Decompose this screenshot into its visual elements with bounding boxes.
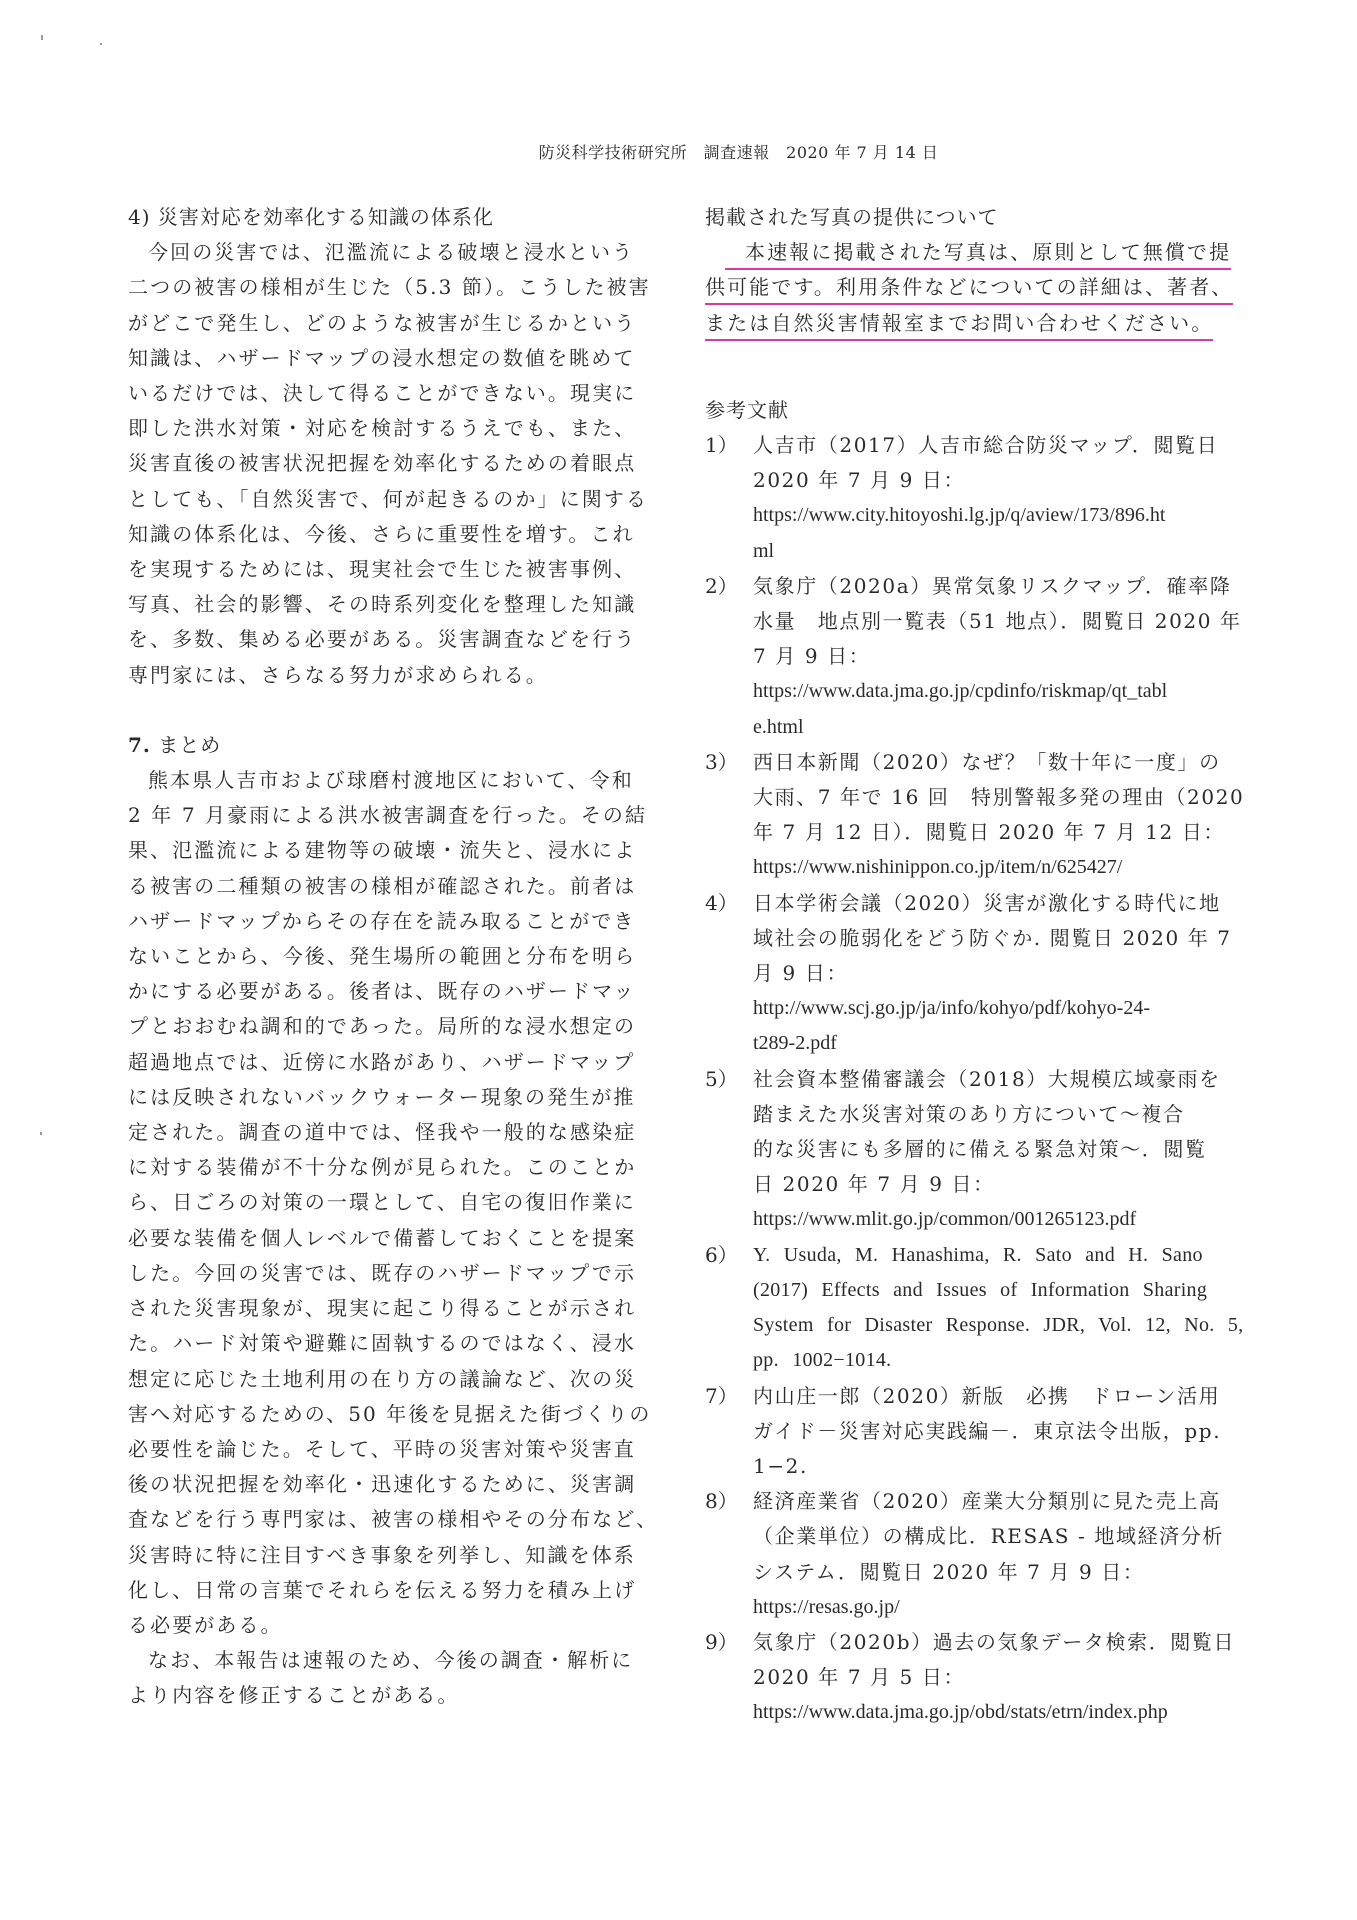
text-line: 熊本県人吉市および球磨村渡地区において、令和 (128, 763, 643, 798)
photo-notice-paragraph: 本速報に掲載された写真は、原則として無償で提 供可能です。利用条件などについての… (705, 235, 1227, 341)
reference-number: 9） (705, 1625, 753, 1731)
photo-notice-heading: 掲載された写真の提供について (705, 200, 1227, 235)
text-line: 即した洪水対策・対応を検討するうえでも、また、 (128, 411, 643, 446)
reference-line: 内山庄一郎（2020）新版 必携 ドローン活用 (753, 1379, 1227, 1414)
reference-url[interactable]: https://www.nishinippon.co.jp/item/n/625… (753, 850, 1244, 885)
reference-line: 日 2020 年 7 月 9 日： (753, 1167, 1227, 1202)
text-line: としても、「自然災害で、何が起きるのか」に関する (128, 482, 643, 517)
reference-item: 6） Y. Usuda, M. Hanashima, R. Sato and H… (705, 1238, 1227, 1379)
reference-number: 4） (705, 886, 753, 1062)
text-line: 専門家には、さらなる努力が求められる。 (128, 658, 643, 693)
reference-line: ガイド－災害対応実践編－．東京法令出版，pp. (753, 1414, 1227, 1449)
text-line: を実現するためには、現実社会で生じた被害事例、 (128, 552, 643, 587)
reference-number: 2） (705, 569, 753, 745)
text-line: 今回の災害では、氾濫流による破壊と浸水という (128, 235, 643, 270)
text-line: プとおおむね調和的であった。局所的な浸水想定の (128, 1009, 643, 1044)
text-line: かにする必要がある。後者は、既存のハザードマッ (128, 974, 643, 1009)
text-line: に対する装備が不十分な例が見られた。このことか (128, 1150, 643, 1185)
reference-line: 1−2. (753, 1449, 1227, 1484)
reference-number: 5） (705, 1062, 753, 1238)
text-line: 災害直後の被害状況把握を効率化するための着眼点 (128, 446, 643, 481)
pink-underline: または自然災害情報室までお問い合わせください。 (705, 307, 1213, 341)
text-line: した。今回の災害では、既存のハザードマップで示 (128, 1256, 643, 1291)
text-line: 知識の体系化は、今後、さらに重要性を増す。これ (128, 517, 643, 552)
reference-line: 西日本新聞（2020）なぜ？「数十年に一度」の (753, 745, 1244, 780)
text-line: を、多数、集める必要がある。災害調査などを行う (128, 622, 643, 657)
reference-line: システム．閲覧日 2020 年 7 月 9 日： (753, 1555, 1227, 1590)
reference-line: 気象庁（2020b）過去の気象データ検索．閲覧日 (753, 1625, 1235, 1660)
text-line: 写真、社会的影響、その時系列変化を整理した知識 (128, 587, 643, 622)
reference-item: 1） 人吉市（2017）人吉市総合防災マップ．閲覧日 2020 年 7 月 9 … (705, 428, 1227, 569)
text-line: 果、氾濫流による建物等の破壊・流失と、浸水によ (128, 833, 643, 868)
text-line: された災害現象が、現実に起こり得ることが示され (128, 1291, 643, 1326)
reference-item: 3） 西日本新聞（2020）なぜ？「数十年に一度」の 大雨、7 年で 16 回 … (705, 745, 1227, 886)
reference-line: 人吉市（2017）人吉市総合防災マップ．閲覧日 (753, 428, 1227, 463)
right-column: 掲載された写真の提供について 本速報に掲載された写真は、原則として無償で提 供可… (705, 200, 1227, 1731)
reference-line: 7 月 9 日： (753, 639, 1242, 674)
reference-line: 2020 年 7 月 5 日： (753, 1660, 1235, 1695)
reference-url[interactable]: e.html (753, 710, 1242, 745)
text-line: ら、日ごろの対策の一環として、自宅の復旧作業に (128, 1185, 643, 1220)
references-heading: 参考文献 (705, 393, 1227, 428)
reference-url[interactable]: https://www.data.jma.go.jp/obd/stats/etr… (753, 1695, 1235, 1730)
reference-number: 6） (705, 1238, 753, 1379)
text-line: 害へ対応するための、50 年後を見据えた街づくりの (128, 1397, 643, 1432)
text-line: 災害時に特に注目すべき事象を列挙し、知識を体系 (128, 1538, 643, 1573)
section-7-heading: 7. まとめ (128, 728, 643, 763)
reference-line: 気象庁（2020a）異常気象リスクマップ．確率降 (753, 569, 1242, 604)
reference-number: 8） (705, 1484, 753, 1625)
reference-url[interactable]: t289-2.pdf (753, 1026, 1232, 1061)
text-line: より内容を修正することがある。 (128, 1678, 643, 1713)
pink-underline: 供可能です。利用条件などについての詳細は、著者、 (705, 271, 1233, 305)
reference-line: 的な災害にも多層的に備える緊急対策～．閲覧 (753, 1132, 1227, 1167)
text-line: いるだけでは、決して得ることができない。現実に (128, 376, 643, 411)
text-line: 2 年 7 月豪雨による洪水被害調査を行った。その結 (128, 798, 643, 833)
references-list: 1） 人吉市（2017）人吉市総合防災マップ．閲覧日 2020 年 7 月 9 … (705, 428, 1227, 1731)
section-7-paragraph-2: なお、本報告は速報のため、今後の調査・解析に より内容を修正することがある。 (128, 1643, 643, 1713)
reference-number: 1） (705, 428, 753, 569)
reference-line: 年 7 月 12 日）．閲覧日 2020 年 7 月 12 日： (753, 815, 1244, 850)
reference-line: 月 9 日： (753, 956, 1232, 991)
reference-line: 域社会の脆弱化をどう防ぐか. 閲覧日 2020 年 7 (753, 921, 1232, 956)
reference-line: (2017) Effects and Issues of Information… (753, 1273, 1243, 1308)
section-7-number: 7. (128, 733, 151, 757)
reference-line: 大雨、7 年で 16 回 特別警報多発の理由（2020 (753, 780, 1244, 815)
text-line: る必要がある。 (128, 1608, 643, 1643)
reference-number: 3） (705, 745, 753, 886)
text-line: 想定に応じた土地利用の在り方の議論など、次の災 (128, 1362, 643, 1397)
reference-line: 水量 地点別一覧表（51 地点）．閲覧日 2020 年 (753, 604, 1242, 639)
text-line: 二つの被害の様相が生じた（5.3 節）。こうした被害 (128, 270, 643, 305)
reference-line: 踏まえた水災害対策のあり方について～複合 (753, 1097, 1227, 1132)
reference-item: 8） 経済産業省（2020）産業大分類別に見た売上高 （企業単位）の構成比．RE… (705, 1484, 1227, 1625)
text-line: には反映されないバックウォーター現象の発生が推 (128, 1080, 643, 1115)
text-line: 化し、日常の言葉でそれらを伝える努力を積み上げ (128, 1573, 643, 1608)
highlighted-line: 供可能です。利用条件などについての詳細は、著者、 (705, 270, 1227, 305)
highlighted-line: または自然災害情報室までお問い合わせください。 (705, 306, 1227, 341)
text-line: 必要性を論じた。そして、平時の災害対策や災害直 (128, 1432, 643, 1467)
text-line: 査などを行う専門家は、被害の様相やその分布など、 (128, 1502, 643, 1537)
text-line: 定された。調査の道中では、怪我や一般的な感染症 (128, 1115, 643, 1150)
reference-url[interactable]: ml (753, 534, 1227, 569)
text-line: 超過地点では、近傍に水路があり、ハザードマップ (128, 1045, 643, 1080)
scan-speck (40, 1132, 42, 1135)
reference-line: pp. 1002−1014. (753, 1343, 1243, 1378)
reference-item: 5） 社会資本整備審議会（2018）大規模広域豪雨を 踏まえた水災害対策のあり方… (705, 1062, 1227, 1238)
reference-line: System for Disaster Response. JDR, Vol. … (753, 1308, 1243, 1343)
text-line: ないことから、今後、発生場所の範囲と分布を明ら (128, 939, 643, 974)
reference-line: 経済産業省（2020）産業大分類別に見た売上高 (753, 1484, 1227, 1519)
section-7-paragraph-1: 熊本県人吉市および球磨村渡地区において、令和 2 年 7 月豪雨による洪水被害調… (128, 763, 643, 1643)
reference-item: 2） 気象庁（2020a）異常気象リスクマップ．確率降 水量 地点別一覧表（51… (705, 569, 1227, 745)
text-line: がどこで発生し、どのような被害が生じるかという (128, 306, 643, 341)
reference-item: 9） 気象庁（2020b）過去の気象データ検索．閲覧日 2020 年 7 月 5… (705, 1625, 1227, 1731)
page-header: 防災科学技術研究所 調査速報 2020 年 7 月 14 日 (0, 140, 1357, 163)
reference-url[interactable]: https://www.mlit.go.jp/common/001265123.… (753, 1202, 1227, 1237)
left-column: 4) 災害対応を効率化する知識の体系化 今回の災害では、氾濫流による破壊と浸水と… (128, 200, 643, 1714)
text-line: 必要な装備を個人レベルで備蓄しておくことを提案 (128, 1221, 643, 1256)
highlighted-line: 本速報に掲載された写真は、原則として無償で提 (705, 235, 1227, 270)
reference-item: 7） 内山庄一郎（2020）新版 必携 ドローン活用 ガイド－災害対応実践編－．… (705, 1379, 1227, 1485)
text-line: 後の状況把握を効率化・迅速化するために、災害調 (128, 1467, 643, 1502)
reference-line: 2020 年 7 月 9 日： (753, 463, 1227, 498)
text-line: ハザードマップからその存在を読み取ることができ (128, 904, 643, 939)
text-line: 知識は、ハザードマップの浸水想定の数値を眺めて (128, 341, 643, 376)
text-line: た。ハード対策や避難に固執するのではなく、浸水 (128, 1326, 643, 1361)
section-4-heading: 4) 災害対応を効率化する知識の体系化 (128, 200, 643, 235)
reference-line: 日本学術会議（2020）災害が激化する時代に地 (753, 886, 1232, 921)
reference-url[interactable]: http://www.scj.go.jp/ja/info/kohyo/pdf/k… (753, 991, 1232, 1026)
reference-url[interactable]: https://www.city.hitoyoshi.lg.jp/q/aview… (753, 498, 1227, 533)
reference-line: （企業単位）の構成比．RESAS - 地域経済分析 (753, 1519, 1227, 1554)
reference-number: 7） (705, 1379, 753, 1485)
scan-speck (100, 43, 102, 45)
section-4-paragraph: 今回の災害では、氾濫流による破壊と浸水という 二つの被害の様相が生じた（5.3 … (128, 235, 643, 693)
reference-line: 社会資本整備審議会（2018）大規模広域豪雨を (753, 1062, 1227, 1097)
pink-underline: 本速報に掲載された写真は、原則として無償で提 (725, 236, 1231, 270)
scan-speck (41, 35, 43, 40)
reference-url[interactable]: https://www.data.jma.go.jp/cpdinfo/riskm… (753, 674, 1242, 709)
text-line: る被害の二種類の被害の様相が確認された。前者は (128, 869, 643, 904)
reference-url[interactable]: https://resas.go.jp/ (753, 1590, 1227, 1625)
reference-line: Y. Usuda, M. Hanashima, R. Sato and H. S… (753, 1238, 1243, 1273)
section-7-title: まとめ (158, 733, 221, 757)
reference-item: 4） 日本学術会議（2020）災害が激化する時代に地 域社会の脆弱化をどう防ぐか… (705, 886, 1227, 1062)
text-line: なお、本報告は速報のため、今後の調査・解析に (128, 1643, 643, 1678)
